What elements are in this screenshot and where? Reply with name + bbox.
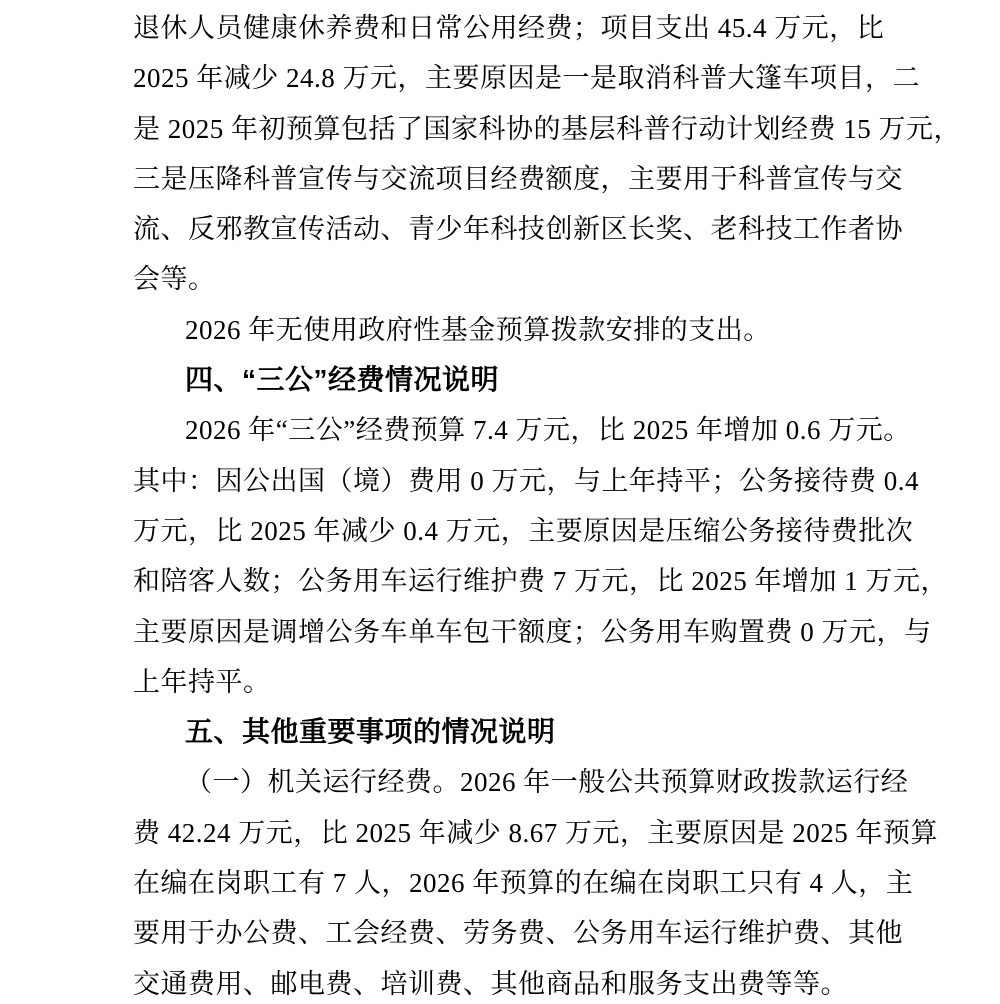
body-text-line: 2026 年无使用政府性基金预算拨款安排的支出。	[133, 305, 882, 355]
body-text-line: 要用于办公费、工会经费、劳务费、公务用车运行维护费、其他	[133, 908, 882, 958]
paragraph: 2026 年“三公”经费预算 7.4 万元，比 2025 年增加 0.6 万元。…	[133, 405, 882, 707]
paragraph: 2026 年无使用政府性基金预算拨款安排的支出。	[133, 305, 882, 355]
document-body: 退休人员健康休养费和日常公用经费；项目支出 45.4 万元，比2025 年减少 …	[133, 3, 882, 1004]
body-text-line: 是 2025 年初预算包括了国家科协的基层科普行动计划经费 15 万元，	[133, 104, 882, 154]
body-text-line: （一）机关运行经费。2026 年一般公共预算财政拨款运行经	[133, 757, 882, 807]
body-text-line: 万元，比 2025 年减少 0.4 万元，主要原因是压缩公务接待费批次	[133, 506, 882, 556]
body-text-line: 2026 年“三公”经费预算 7.4 万元，比 2025 年增加 0.6 万元。	[133, 405, 882, 455]
paragraph: （一）机关运行经费。2026 年一般公共预算财政拨款运行经费 42.24 万元，…	[133, 757, 882, 1004]
body-text-line: 2025 年减少 24.8 万元，主要原因是一是取消科普大篷车项目，二	[133, 53, 882, 103]
paragraph: 退休人员健康休养费和日常公用经费；项目支出 45.4 万元，比2025 年减少 …	[133, 3, 882, 305]
document-page: 退休人员健康休养费和日常公用经费；项目支出 45.4 万元，比2025 年减少 …	[0, 0, 1000, 1004]
body-text-line: 三是压降科普宣传与交流项目经费额度，主要用于科普宣传与交	[133, 154, 882, 204]
section-heading: 五、其他重要事项的情况说明	[133, 707, 882, 757]
body-text-line: 流、反邪教宣传活动、青少年科技创新区长奖、老科技工作者协	[133, 204, 882, 254]
heading-text-line: 四、“三公”经费情况说明	[133, 355, 882, 405]
body-text-line: 其中：因公出国（境）费用 0 万元，与上年持平；公务接待费 0.4	[133, 456, 882, 506]
body-text-line: 交通费用、邮电费、培训费、其他商品和服务支出费等等。	[133, 959, 882, 1004]
heading-text-line: 五、其他重要事项的情况说明	[133, 707, 882, 757]
section-heading: 四、“三公”经费情况说明	[133, 355, 882, 405]
body-text-line: 会等。	[133, 254, 882, 304]
body-text-line: 退休人员健康休养费和日常公用经费；项目支出 45.4 万元，比	[133, 3, 882, 53]
body-text-line: 主要原因是调增公务车单车包干额度；公务用车购置费 0 万元，与	[133, 607, 882, 657]
body-text-line: 上年持平。	[133, 657, 882, 707]
body-text-line: 和陪客人数；公务用车运行维护费 7 万元，比 2025 年增加 1 万元，	[133, 556, 882, 606]
body-text-line: 在编在岗职工有 7 人，2026 年预算的在编在岗职工只有 4 人，主	[133, 858, 882, 908]
body-text-line: 费 42.24 万元，比 2025 年减少 8.67 万元，主要原因是 2025…	[133, 808, 882, 858]
